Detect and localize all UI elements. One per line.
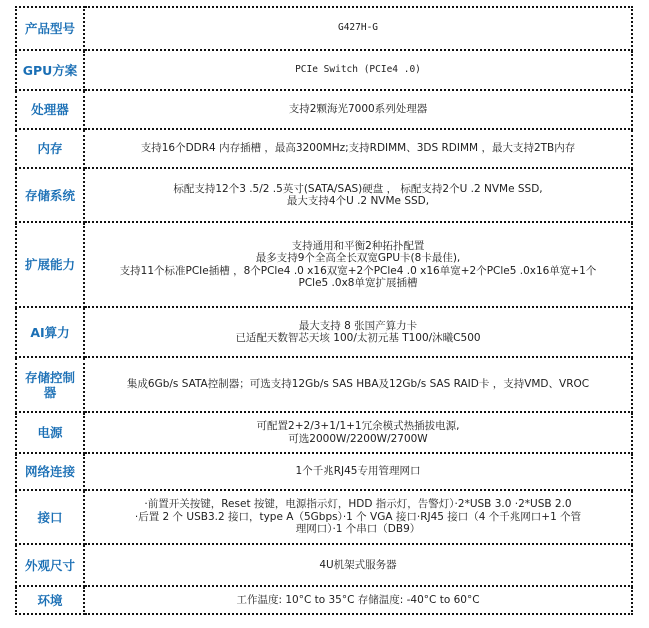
spec-value-line: PCIe Switch (PCIe4 .0) — [91, 64, 625, 77]
spec-label: GPU方案 — [16, 50, 84, 90]
spec-value-line: 工作温度: 10°C to 35°C 存储温度: -40°C to 60°C — [91, 594, 625, 607]
spec-row-power: 电源 可配置2+2/3+1/1+1冗余模式热插拔电源, 可选2000W/2200… — [16, 412, 632, 453]
spec-value: PCIe Switch (PCIe4 .0) — [84, 50, 632, 90]
spec-value-line: 最大支持 8 张国产算力卡 — [91, 320, 625, 333]
spec-value: 支持2颗海光7000系列处理器 — [84, 90, 632, 129]
spec-value-line: 支持2颗海光7000系列处理器 — [91, 103, 625, 116]
spec-row-storage-system: 存储系统 标配支持12个3 .5/2 .5英寸(SATA/SAS)硬盘 ， 标配… — [16, 168, 632, 222]
spec-row-gpu-scheme: GPU方案 PCIe Switch (PCIe4 .0) — [16, 50, 632, 90]
spec-label: 处理器 — [16, 90, 84, 129]
spec-value-line: 支持11个标准PCIe插槽 ，8个PCle4 .0 x16双宽+2个PCle4 … — [91, 265, 625, 278]
spec-row-processor: 处理器 支持2颗海光7000系列处理器 — [16, 90, 632, 129]
spec-label: 扩展能力 — [16, 222, 84, 307]
spec-label: 内存 — [16, 129, 84, 168]
spec-value-line: 最多支持9个全高全长双宽GPU卡(8卡最佳), — [91, 252, 625, 265]
spec-value-line: 集成6Gb/s SATA控制器；可选支持12Gb/s SAS HBA及12Gb/… — [91, 378, 625, 391]
spec-value: 支持通用和平衡2种拓扑配置 最多支持9个全高全长双宽GPU卡(8卡最佳), 支持… — [84, 222, 632, 307]
spec-value-line: 1个千兆RJ45专用管理网口 — [91, 465, 625, 478]
spec-value-line: G427H-G — [91, 22, 625, 35]
spec-value-line: ·前置开关按键，Reset 按键，电源指示灯，HDD 指示灯，告警灯）·2*US… — [91, 498, 625, 511]
spec-row-environment: 环境 工作温度: 10°C to 35°C 存储温度: -40°C to 60°… — [16, 586, 632, 614]
spec-row-expansion: 扩展能力 支持通用和平衡2种拓扑配置 最多支持9个全高全长双宽GPU卡(8卡最佳… — [16, 222, 632, 307]
spec-value: 工作温度: 10°C to 35°C 存储温度: -40°C to 60°C — [84, 586, 632, 614]
spec-row-network: 网络连接 1个千兆RJ45专用管理网口 — [16, 453, 632, 490]
spec-label: 电源 — [16, 412, 84, 453]
spec-label: 接口 — [16, 490, 84, 544]
spec-label: 环境 — [16, 586, 84, 614]
spec-label: 存储系统 — [16, 168, 84, 222]
spec-value-line: 最大支持4个U .2 NVMe SSD, — [91, 195, 625, 208]
spec-value-line: 4U机架式服务器 — [91, 559, 625, 572]
spec-value-line: 可选2000W/2200W/2700W — [91, 433, 625, 446]
spec-value: G427H-G — [84, 7, 632, 50]
spec-value: 标配支持12个3 .5/2 .5英寸(SATA/SAS)硬盘 ， 标配支持2个U… — [84, 168, 632, 222]
spec-row-model: 产品型号 G427H-G — [16, 7, 632, 50]
spec-value: 4U机架式服务器 — [84, 544, 632, 586]
spec-value-line: 支持通用和平衡2种拓扑配置 — [91, 240, 625, 253]
spec-table: 产品型号 G427H-G GPU方案 PCIe Switch (PCIe4 .0… — [15, 6, 633, 615]
spec-row-storage-controller: 存储控制器 集成6Gb/s SATA控制器；可选支持12Gb/s SAS HBA… — [16, 357, 632, 412]
spec-row-memory: 内存 支持16个DDR4 内存插槽 ，最高3200MHz;支持RDIMM、3DS… — [16, 129, 632, 168]
spec-value: ·前置开关按键，Reset 按键，电源指示灯，HDD 指示灯，告警灯）·2*US… — [84, 490, 632, 544]
spec-row-ai-compute: AI算力 最大支持 8 张国产算力卡 已适配天数智芯天垓 100/太初元基 T1… — [16, 307, 632, 357]
spec-row-interfaces: 接口 ·前置开关按键，Reset 按键，电源指示灯，HDD 指示灯，告警灯）·2… — [16, 490, 632, 544]
spec-label: 产品型号 — [16, 7, 84, 50]
spec-value-line: 可配置2+2/3+1/1+1冗余模式热插拔电源, — [91, 420, 625, 433]
spec-value-line: 已适配天数智芯天垓 100/太初元基 T100/沐曦C500 — [91, 332, 625, 345]
spec-label: 网络连接 — [16, 453, 84, 490]
spec-value: 最大支持 8 张国产算力卡 已适配天数智芯天垓 100/太初元基 T100/沐曦… — [84, 307, 632, 357]
spec-value-line: 标配支持12个3 .5/2 .5英寸(SATA/SAS)硬盘 ， 标配支持2个U… — [91, 183, 625, 196]
spec-value: 1个千兆RJ45专用管理网口 — [84, 453, 632, 490]
spec-table-body: 产品型号 G427H-G GPU方案 PCIe Switch (PCIe4 .0… — [16, 7, 632, 614]
spec-value: 支持16个DDR4 内存插槽 ，最高3200MHz;支持RDIMM、3DS RD… — [84, 129, 632, 168]
spec-label: AI算力 — [16, 307, 84, 357]
spec-row-dimensions: 外观尺寸 4U机架式服务器 — [16, 544, 632, 586]
spec-label: 外观尺寸 — [16, 544, 84, 586]
spec-label: 存储控制器 — [16, 357, 84, 412]
spec-value: 集成6Gb/s SATA控制器；可选支持12Gb/s SAS HBA及12Gb/… — [84, 357, 632, 412]
spec-value-line: 理网口）·1 个串口（DB9） — [91, 523, 625, 536]
spec-value: 可配置2+2/3+1/1+1冗余模式热插拔电源, 可选2000W/2200W/2… — [84, 412, 632, 453]
spec-value-line: PCle5 .0x8单宽扩展插槽 — [91, 277, 625, 290]
spec-value-line: ·后置 2 个 USB3.2 接口，type A（5Gbps）·1 个 VGA … — [91, 511, 625, 524]
spec-value-line: 支持16个DDR4 内存插槽 ，最高3200MHz;支持RDIMM、3DS RD… — [91, 142, 625, 155]
